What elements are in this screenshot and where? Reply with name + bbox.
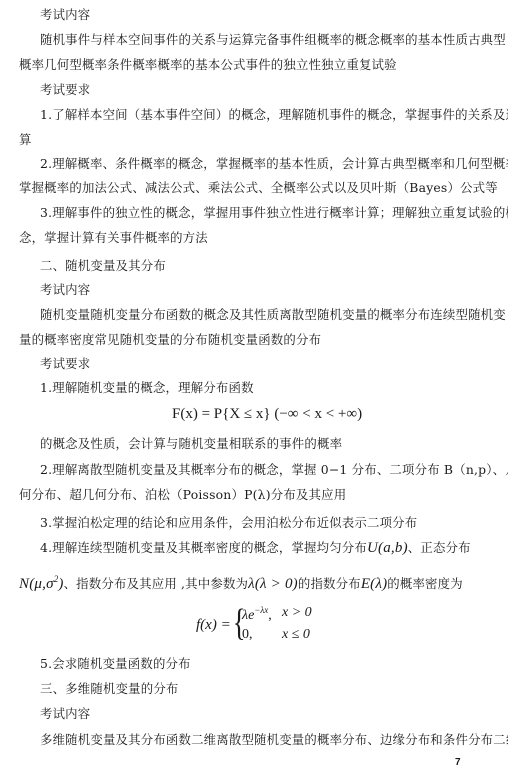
item4-text: 、正态分布 [408,540,471,555]
case1-sep: , [268,608,272,623]
formula-cdf: F(x) = P{X ≤ x} (−∞ < x < +∞) [172,406,362,423]
normal-dist-notation: N(μ,σ2) [19,576,64,592]
paragraph-line: 1.理解随机变量的概念，理解分布函数 [0,380,508,396]
paragraph-line-item4: 4.理解连续型随机变量及其概率密度的概念，掌握均匀分布U(a,b)、正态分布 [0,540,508,556]
lambda-condition: λ(λ > 0) [248,576,298,592]
paragraph-line-item4-cont: N(μ,σ2)、指数分布及其应用 ,其中参数为λ(λ > 0)的指数分布E(λ)… [0,571,508,592]
paragraph-line: 的概念及性质，会计算与随机变量相联系的事件的概率 [0,436,508,452]
section-label-exam-requirements: 考试要求 [0,356,508,372]
paragraph-line: 5.会求随机变量函数的分布 [0,656,508,672]
paragraph-line: 1.了解样本空间（基本事件空间）的概念，理解随机事件的概念，掌握事件的关系及运 [0,107,508,123]
section-heading-multivariate: 三、多维随机变量的分布 [0,681,508,697]
pdf-case1: λe−λx, [242,605,272,624]
case1-sup: −λx [254,605,268,615]
paragraph-line: 量的概率密度常见随机变量的分布随机变量函数的分布 [0,332,508,348]
section-label-exam-content: 考试内容 [0,282,508,298]
paragraph-line: 3.理解事件的独立性的概念，掌握用事件独立性进行概率计算；理解独立重复试验的概 [0,205,508,221]
paragraph-line: 随机事件与样本空间事件的关系与运算完备事件组概率的概念概率的基本性质古典型 [0,32,508,48]
item4-text: 的概率密度为 [387,576,463,591]
paragraph-line: 念，掌握计算有关事件概率的方法 [0,230,508,246]
item4-text: 、指数分布及其应用 ,其中参数为 [64,576,249,591]
item4-text: 4.理解连续型随机变量及其概率密度的概念，掌握均匀分布 [40,540,367,555]
pdf-case1-cond: x > 0 [282,605,312,621]
paragraph-line: 多维随机变量及其分布函数二维离散型随机变量的概率分布、边缘分布和条件分布二维 [0,732,508,748]
pdf-case2-cond: x ≤ 0 [282,627,310,643]
section-label-exam-requirements: 考试要求 [0,82,508,98]
paragraph-line: 2.理解离散型随机变量及其概率分布的概念，掌握 0−1 分布、二项分布 B（n,… [0,462,508,478]
paragraph-line: 何分布、超几何分布、泊松（Poisson）P(λ)分布及其应用 [0,487,508,503]
pdf-lhs: f(x) = [196,617,231,634]
paragraph-line: 随机变量随机变量分布函数的概念及其性质离散型随机变量的概率分布连续型随机变 [0,307,508,323]
pdf-case2: 0, [242,627,253,643]
paragraph-line: 2.理解概率、条件概率的概念，掌握概率的基本性质，会计算古典型概率和几何型概率， [0,156,508,172]
section-label-exam-content: 考试内容 [0,7,508,23]
section-label-exam-content: 考试内容 [0,706,508,722]
paragraph-line: 算 [0,132,508,148]
case1-expr: λe [242,608,254,623]
uniform-dist-notation: U(a,b) [367,540,408,556]
section-heading-random-variables: 二、随机变量及其分布 [0,258,508,274]
normal-dist-pre: N(μ,σ [19,576,54,592]
paragraph-line: 掌握概率的加法公式、减法公式、乘法公式、全概率公式以及贝叶斯（Bayes）公式等 [0,180,508,196]
paragraph-line: 概率几何型概率条件概率概率的基本公式事件的独立性独立重复试验 [0,57,508,73]
page-number: 7 [455,757,461,768]
exp-dist-notation: E(λ) [361,576,387,592]
paragraph-line: 3.掌握泊松定理的结论和应用条件，会用泊松分布近似表示二项分布 [0,515,508,531]
item4-text: 的指数分布 [298,576,361,591]
